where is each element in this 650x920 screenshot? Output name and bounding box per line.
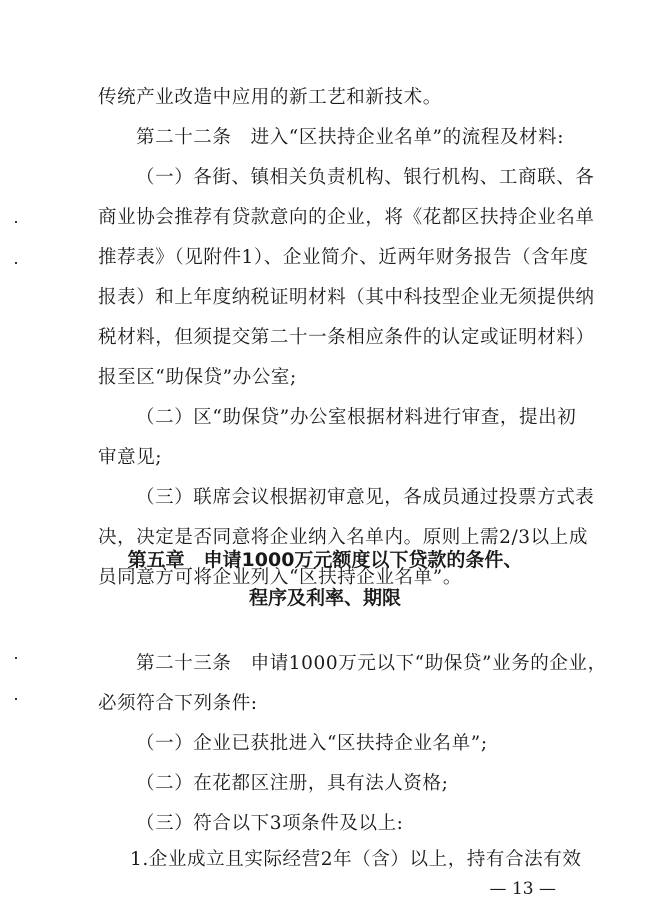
paragraph-line: （二）区“助保贷”办公室根据材料进行审查，提出初 bbox=[136, 406, 550, 430]
paragraph-line: （三）联席会议根据初审意见，各成员通过投票方式表 bbox=[136, 486, 550, 510]
margin-mark bbox=[15, 657, 17, 659]
list-item: 1.企业成立且实际经营2年（含）以上，持有合法有效 bbox=[130, 848, 550, 872]
chapter-heading-line2: 程序及利率、期限 bbox=[0, 586, 650, 610]
article-23-title: 第二十三条 申请1000万元以下“助保贷”业务的企业， bbox=[136, 652, 550, 676]
paragraph-line: （一）各街、镇相关负责机构、银行机构、工商联、各 bbox=[136, 166, 550, 190]
chapter-heading-line1: 第五章 申请1000万元额度以下贷款的条件、 bbox=[0, 548, 650, 572]
paragraph-line: 报至区“助保贷”办公室; bbox=[98, 366, 550, 390]
article-22-title: 第二十二条 进入“区扶持企业名单”的流程及材料: bbox=[136, 126, 550, 150]
paragraph-line: 必须符合下列条件: bbox=[98, 692, 550, 716]
page-number: — 13 — bbox=[490, 878, 556, 900]
document-page: 传统产业改造中应用的新工艺和新技术。 第二十二条 进入“区扶持企业名单”的流程及… bbox=[0, 0, 650, 920]
paragraph-line: 商业协会推荐有贷款意向的企业，将《花都区扶持企业名单 bbox=[98, 206, 550, 230]
paragraph-line: 决，决定是否同意将企业纳入名单内。原则上需2/3以上成 bbox=[98, 526, 550, 550]
list-item: （一）企业已获批进入“区扶持企业名单”; bbox=[136, 732, 550, 756]
paragraph-line: 推荐表》（见附件1）、企业简介、近两年财务报告（含年度 bbox=[98, 246, 550, 270]
paragraph-line: 审意见; bbox=[98, 446, 550, 470]
paragraph-line: 报表）和上年度纳税证明材料（其中科技型企业无须提供纳 bbox=[98, 286, 550, 310]
list-item: （二）在花都区注册，具有法人资格; bbox=[136, 772, 550, 796]
margin-mark bbox=[15, 698, 17, 700]
margin-mark bbox=[15, 221, 17, 223]
paragraph-line: 税材料，但须提交第二十一条相应条件的认定或证明材料） bbox=[98, 326, 550, 350]
paragraph-line: 传统产业改造中应用的新工艺和新技术。 bbox=[98, 86, 550, 110]
list-item: （三）符合以下3项条件及以上: bbox=[136, 812, 550, 836]
margin-mark bbox=[15, 262, 17, 264]
